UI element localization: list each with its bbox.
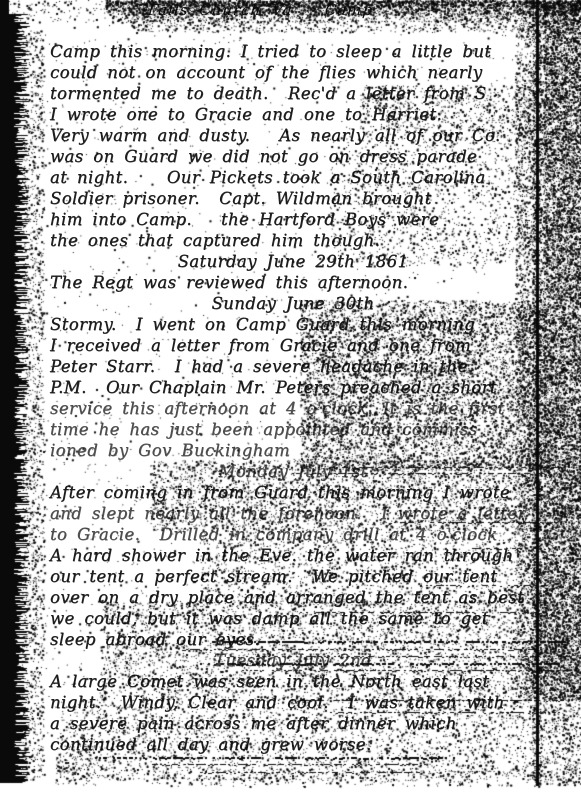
scanned-page: Falls Church Va Camp Camp this morning. …: [0, 0, 581, 800]
scan-noise-overlay: [0, 0, 581, 800]
